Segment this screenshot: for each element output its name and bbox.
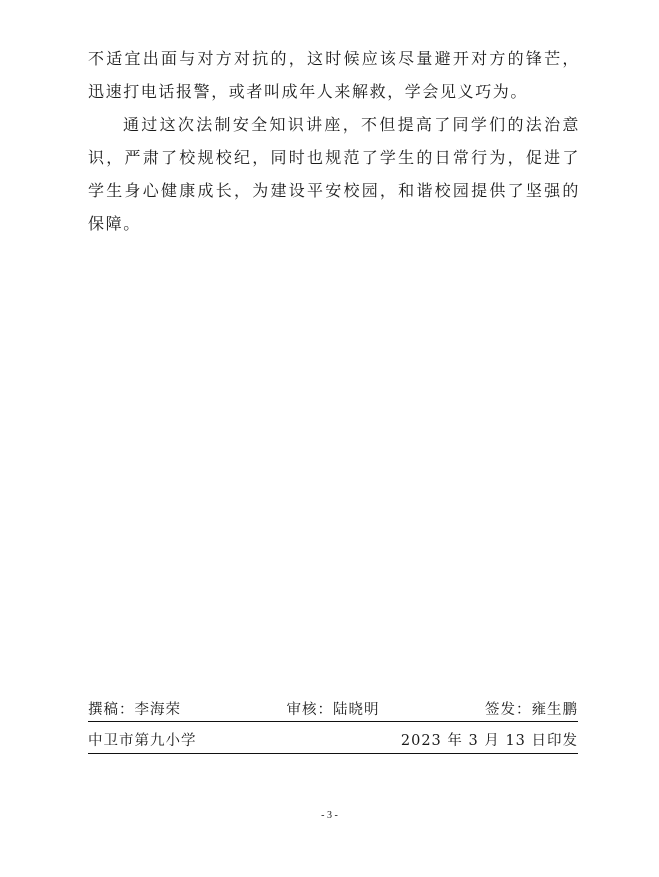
paragraph-summary: 通过这次法制安全知识讲座，不但提高了同学们的法治意识，严肃了校规校纪，同时也规范… xyxy=(88,108,580,240)
issuance-row: 中卫市第九小学 2023 年 3 月 13 日印发 xyxy=(88,724,578,754)
organization-name: 中卫市第九小学 xyxy=(88,729,197,750)
issue-date: 2023 年 3 月 13 日印发 xyxy=(401,729,578,750)
divider-line xyxy=(88,753,578,754)
reviewer-credit: 审核：陆晓明 xyxy=(287,698,380,719)
issuer-credit: 签发：雍生鹏 xyxy=(485,698,578,719)
paragraph-continuation: 不适宜出面与对方对抗的，这时候应该尽量避开对方的锋芒，迅速打电话报警，或者叫成年… xyxy=(88,42,580,108)
document-page: 不适宜出面与对方对抗的，这时候应该尽量避开对方的锋芒，迅速打电话报警，或者叫成年… xyxy=(0,0,659,877)
author-credit: 撰稿：李海荣 xyxy=(88,698,181,719)
page-number: - 3 - xyxy=(0,810,659,821)
signature-row: 撰稿：李海荣 审核：陆晓明 签发：雍生鹏 xyxy=(88,693,578,723)
divider-line xyxy=(88,721,578,722)
paragraph-text: 通过这次法制安全知识讲座，不但提高了同学们的法治意识，严肃了校规校纪，同时也规范… xyxy=(88,108,580,240)
paragraph-text: 不适宜出面与对方对抗的，这时候应该尽量避开对方的锋芒，迅速打电话报警，或者叫成年… xyxy=(88,42,580,108)
